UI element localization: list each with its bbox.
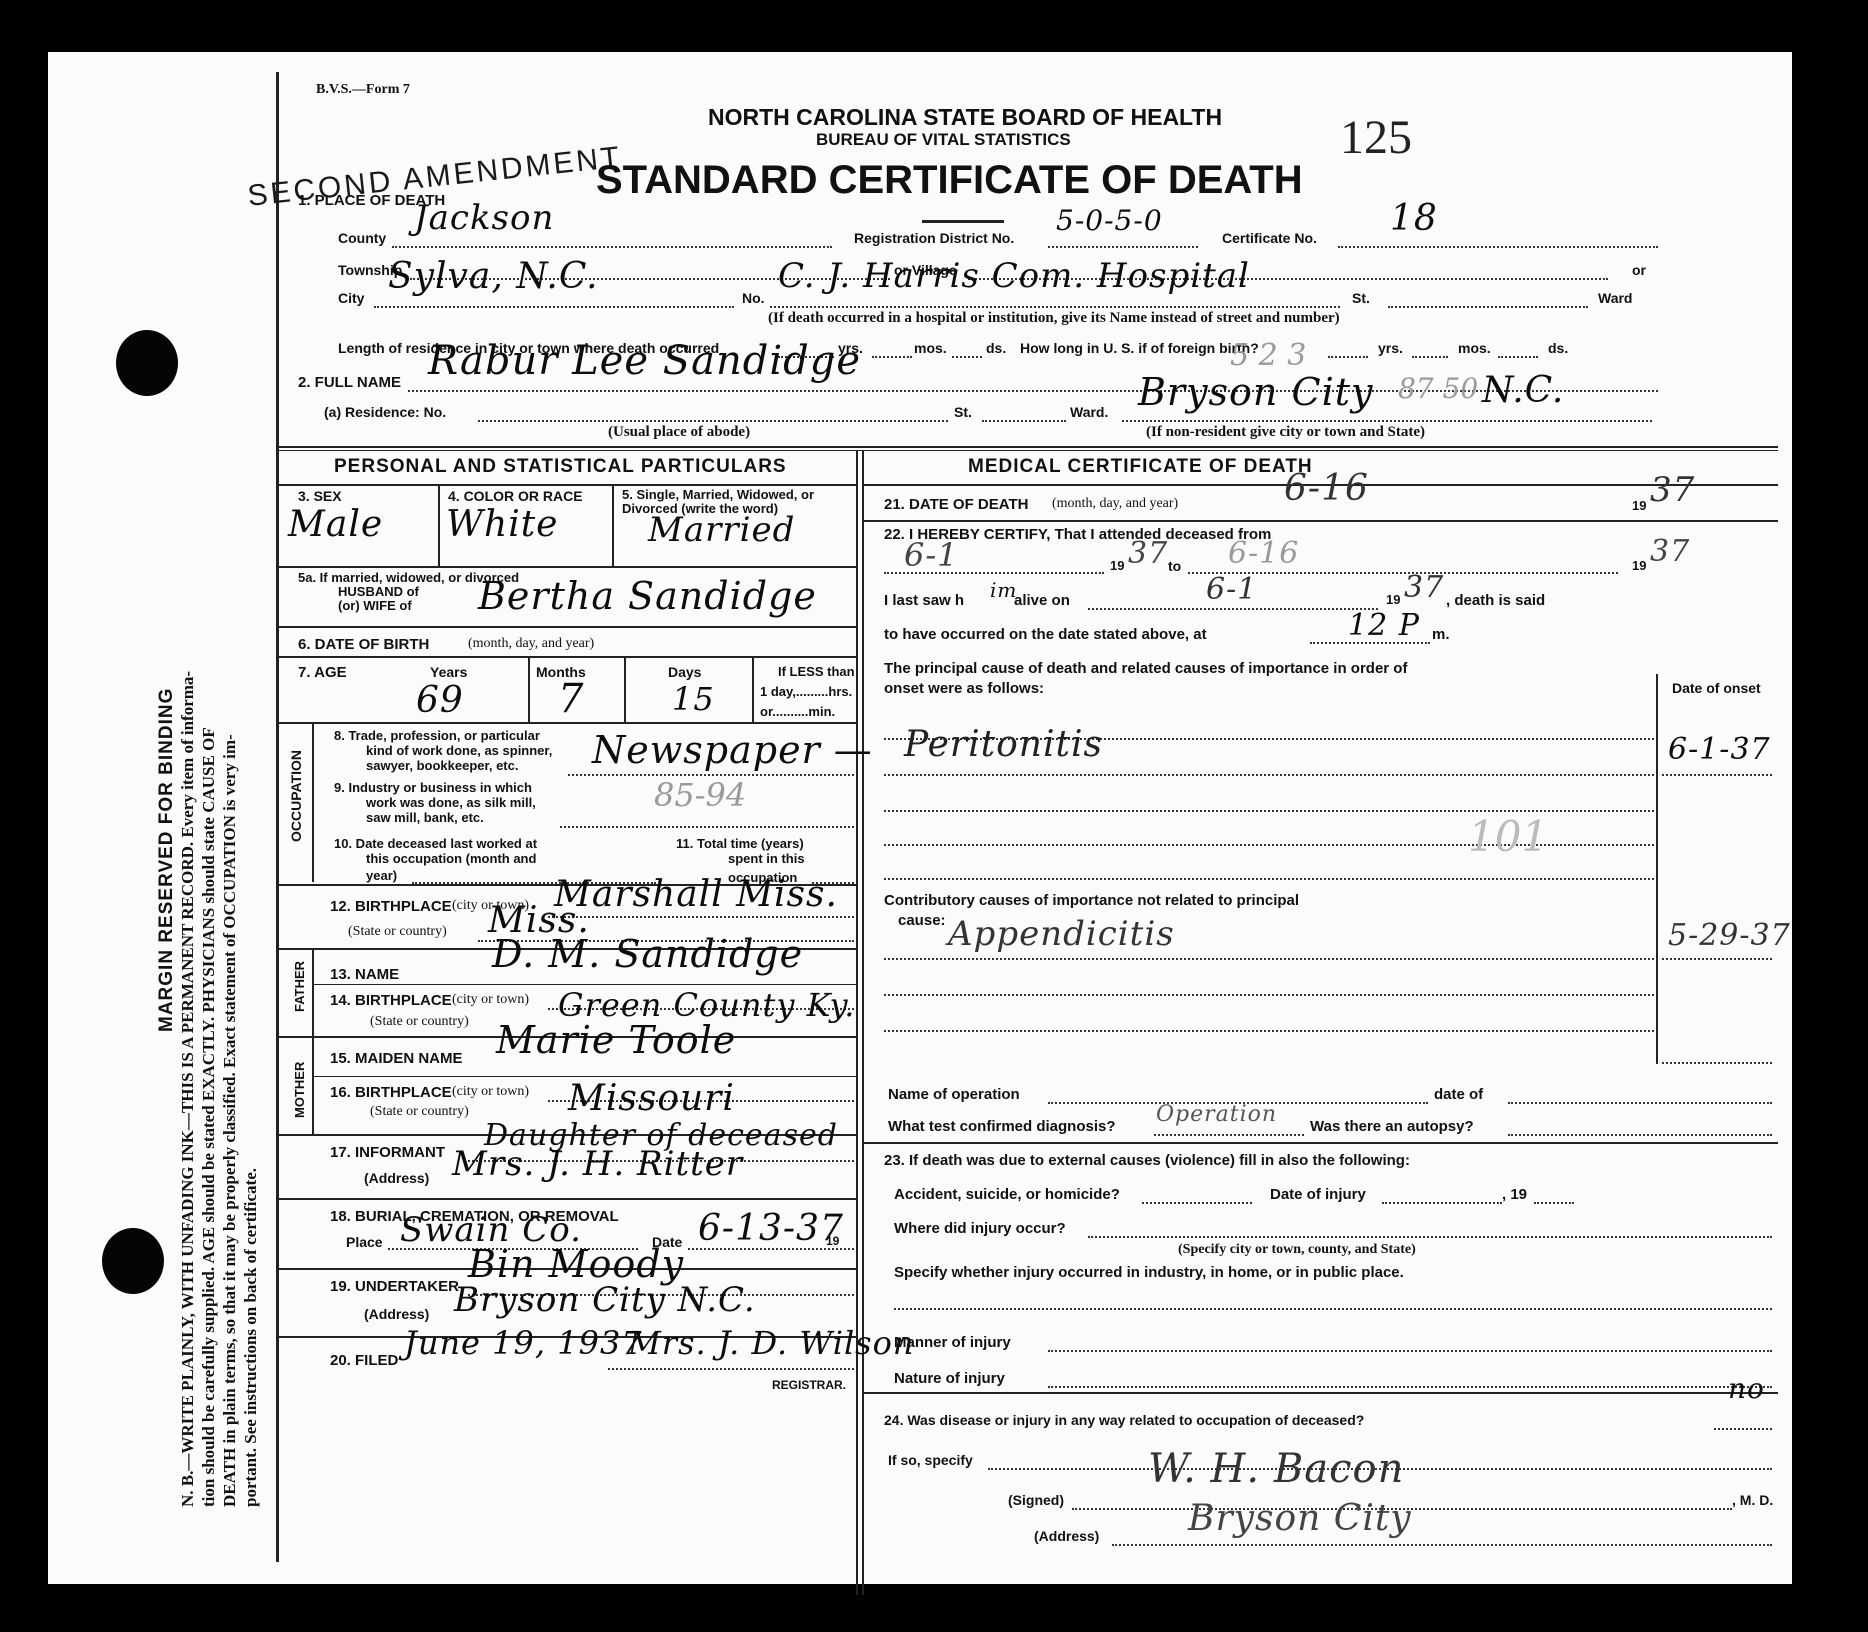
margin-instructions-line2: tion should be carefully supplied. AGE s… [199,727,219,1507]
last-saw-19: 19 [1386,592,1400,607]
foreign-ds-label: ds. [1548,340,1568,356]
last-saw-year: 37 [1404,570,1444,605]
where-injury-label: Where did injury occur? [894,1220,1066,1237]
cause-line-2[interactable] [884,774,1654,776]
undertaker-address-label: (Address) [364,1306,429,1322]
margin-instructions-line3: DEATH in plain terms, so that it may be … [220,734,240,1507]
marital-status-value: Married [648,510,795,550]
burial-place-label: Place [346,1234,383,1250]
non-resident-note: (If non-resident give city or town and S… [1146,424,1425,441]
age-months-value: 7 [558,676,584,722]
race-value: White [446,504,558,545]
sex-label: 3. SEX [298,488,342,504]
medical-section-header: MEDICAL CERTIFICATE OF DEATH [968,456,1313,478]
principal-onset-value: 6-1-37 [1668,732,1771,767]
institution-note: (If death occurred in a hospital or inst… [768,310,1340,327]
attended-to-19: 19 [1632,558,1646,573]
industry-pencil-note: 85-94 [654,776,746,814]
row-rule-15 [312,1076,856,1077]
attended-to-year: 37 [1650,534,1690,569]
father-city-hint: (city or town) [452,992,529,1008]
cause-line-5[interactable] [884,878,1654,880]
attended-to-label: to [1168,558,1181,574]
residence-days-line[interactable] [952,356,982,358]
county-label: County [338,230,386,246]
dob-label: 6. DATE OF BIRTH [298,636,429,653]
title-underline [922,220,1004,223]
death-said-label: , death is said [1446,592,1545,609]
race-marital-divider [612,484,614,566]
age-years-label: Years [430,664,467,680]
spouse-label-3: (or) WIFE of [338,598,412,613]
less-than-label-3: or..........min. [760,704,835,719]
filed-label: 20. FILED [330,1352,398,1369]
time-of-death-value: 12 P [1348,608,1420,643]
test-confirmed-line[interactable] [1154,1134,1304,1136]
personal-header-rule [278,484,856,486]
classification-code-pencil: 101 [1468,812,1548,861]
q24-label: 24. Was disease or injury in any way rel… [884,1412,1364,1428]
age-days-value: 15 [672,680,715,718]
city-value: Sylva, N.C. [388,256,599,297]
death-certificate-page: MARGIN RESERVED FOR BINDING N. B.—WRITE … [48,52,1792,1584]
manner-of-injury-label: Manner of injury [894,1334,1011,1351]
father-name-value: D. M. Sandidge [492,932,803,976]
trade-label-3: sawyer, bookkeeper, etc. [366,758,518,773]
usual-abode-note: (Usual place of abode) [608,424,750,441]
residence-ward-label: Ward. [1070,404,1108,420]
injury-year-line[interactable] [1534,1202,1574,1204]
industry-label-2: work was done, as silk mill, [366,795,536,810]
birthplace-state-hint: (State or country) [348,924,447,940]
county-field-line[interactable] [392,246,832,248]
mother-inner-divider [312,1036,314,1134]
race-label: 4. COLOR OR RACE [448,488,583,504]
where-injury-line[interactable] [1088,1236,1772,1238]
foreign-yrs-label: yrs. [1378,340,1403,356]
section-divider-top-2 [278,450,1778,451]
agency-name: NORTH CAROLINA STATE BOARD OF HEALTH [708,104,1222,131]
physician-address-line[interactable] [1112,1544,1772,1546]
last-saw-date-line[interactable] [1088,608,1378,610]
contributory-line-2[interactable] [884,994,1654,996]
ward-label: Ward [1598,290,1632,306]
cause-intro-1: The principal cause of death and related… [884,660,1407,677]
occurred-label: to have occurred on the date stated abov… [884,626,1207,643]
contributory-label-1: Contributory causes of importance not re… [884,892,1299,909]
column-divider-2 [862,450,864,1595]
or-label: or [1632,262,1646,278]
total-time-label-2: spent in this [728,851,805,866]
principal-cause-value: Peritonitis [904,724,1103,765]
registration-district-value: 5-0-5-0 [1056,204,1163,237]
margin-instructions-line1: N. B.—WRITE PLAINLY, WITH UNFADING INK—T… [178,671,198,1507]
row-rule-3 [278,566,856,568]
residence-ward-line[interactable] [1122,420,1652,422]
age-days-divider [752,656,754,722]
last-worked-label-3: year) [366,868,397,883]
mother-vertical-label: MOTHER [292,1062,307,1118]
city-field-line[interactable] [374,306,734,308]
date-of-death-label: 21. DATE OF DEATH [884,496,1028,513]
form-id: B.V.S.—Form 7 [316,82,410,98]
informant-label: 17. INFORMANT [330,1144,445,1161]
undertaker-label: 19. UNDERTAKER [330,1278,459,1295]
test-confirmed-label: What test confirmed diagnosis? [888,1118,1116,1135]
occupation-inner-divider [312,722,314,882]
industry-label-1: 9. Industry or business in which [334,780,532,795]
burial-year-prefix: 19 [826,1234,839,1248]
where-injury-hint: (Specify city or town, county, and State… [1178,1242,1416,1258]
last-worked-label-2: this occupation (month and [366,851,536,866]
burial-date-value: 6-13-37 [698,1208,844,1249]
total-time-label-1: 11. Total time (years) [676,836,804,851]
foreign-months-line[interactable] [1412,356,1448,358]
autopsy-label: Was there an autopsy? [1310,1118,1474,1135]
residence-mos-label: mos. [914,340,947,356]
q24-answer-line[interactable] [1714,1428,1772,1430]
date-of-onset-header: Date of onset [1672,680,1761,696]
physician-signature: W. H. Bacon [1148,1446,1404,1492]
date-of-death-19: 19 [1632,498,1646,513]
last-saw-label: I last saw h [884,592,964,609]
certificate-number-label: Certificate No. [1222,230,1317,246]
residence-st-line[interactable] [982,420,1066,422]
sex-value: Male [288,504,383,545]
institution-value: C. J. Harris Com. Hospital [778,256,1250,296]
birthplace-city-value: Marshall Miss. [554,874,838,915]
trade-value: Newspaper — [592,728,873,772]
external-causes-label: 23. If death was due to external causes … [884,1152,1410,1169]
row-rule-6 [278,656,856,658]
if-so-specify-label: If so, specify [888,1452,973,1468]
signed-label: (Signed) [1008,1492,1064,1508]
contributory-onset-value: 5-29-37 [1668,918,1791,953]
foreign-years-line[interactable] [1328,356,1368,358]
column-divider [856,450,858,1595]
mother-birthplace-value: Missouri [568,1078,735,1119]
contributory-line-1[interactable] [884,958,1654,960]
attended-from-year: 37 [1128,536,1168,571]
less-than-label-2: 1 day,.........hrs. [760,684,852,699]
mother-birthplace-label: 16. BIRTHPLACE [330,1084,452,1101]
father-birthplace-label: 14. BIRTHPLACE [330,992,452,1009]
onset-column-divider [1656,674,1658,1064]
foreign-birth-label: How long in U. S. if of foreign birth? [1020,340,1259,356]
residence-state-value: N.C. [1482,370,1564,411]
city-label: City [338,290,364,306]
onset-line-1[interactable] [1662,774,1772,776]
father-name-label: 13. NAME [330,966,399,983]
age-months-divider [624,656,626,722]
bureau-name: BUREAU OF VITAL STATISTICS [816,130,1071,150]
ward-field-line[interactable] [1388,306,1588,308]
binding-hole-top [116,330,178,396]
street-label: St. [1352,290,1370,306]
residence-label: (a) Residence: No. [324,404,446,420]
foreign-mos-label: mos. [1458,340,1491,356]
residence-pencil-note: 87 50 [1398,372,1478,405]
specify-place-line[interactable] [894,1308,1772,1310]
date-of-death-year: 37 [1650,470,1695,510]
street-number-field-line[interactable] [770,306,1340,308]
time-m-label: m. [1432,626,1450,643]
md-label: , M. D. [1732,1492,1773,1508]
section-divider-top-1 [278,446,1778,448]
injury-date-line[interactable] [1382,1202,1502,1204]
county-value: Jackson [414,198,554,238]
row-rule-5a [278,626,856,628]
registration-district-label: Registration District No. [854,230,1014,246]
spouse-value: Bertha Sandidge [478,574,817,618]
injury-date-label: Date of injury [1270,1186,1366,1203]
occupation-vertical-label: OCCUPATION [288,750,304,842]
trade-label-2: kind of work done, as spinner, [366,743,552,758]
autopsy-line[interactable] [1508,1134,1772,1136]
registrar-value: Mrs. J. D. Wilson [628,1324,914,1362]
age-days-label: Days [668,664,701,680]
filed-date-value: June 19, 1937 [404,1324,643,1362]
manner-of-injury-line[interactable] [1048,1350,1772,1352]
row-rule-13 [312,984,856,985]
industry-field-line[interactable] [560,826,854,828]
q24-answer-value: no [1728,1372,1765,1405]
residence-number-line[interactable] [478,420,948,422]
certificate-number-value: 18 [1390,198,1438,239]
row-rule-21 [864,520,1778,522]
less-than-label-1: If LESS than [778,664,855,679]
physician-address-value: Bryson City [1188,1498,1412,1539]
mother-city-hint: (city or town) [452,1084,529,1100]
specify-place-label: Specify whether injury occurred in indus… [894,1264,1404,1281]
last-worked-label-1: 10. Date deceased last worked at [334,836,537,851]
page-number: 125 [1340,110,1412,165]
accident-line[interactable] [1142,1202,1252,1204]
certificate-title: STANDARD CERTIFICATE OF DEATH [596,158,1303,203]
residence-ds-label: ds. [986,340,1006,356]
residence-st-label: St. [954,404,972,420]
trade-label-1: 8. Trade, profession, or particular [334,728,540,743]
registration-district-field-line[interactable] [1048,246,1198,248]
full-name-pencil-note: 5 2 3 [1230,338,1306,373]
binding-hole-bottom [102,1228,164,1294]
registrar-field-line[interactable] [608,1368,854,1370]
row-rule-17 [278,1198,856,1200]
informant-address-value: Mrs. J. H. Ritter [452,1144,743,1184]
informant-address-label: (Address) [364,1170,429,1186]
cause-intro-2: onset were as follows: [884,680,1044,697]
full-name-value: Rabur Lee Sandidge [428,338,861,384]
row-rule-23 [864,1392,1778,1394]
age-label: 7. AGE [298,664,347,681]
residence-months-line[interactable] [872,356,912,358]
accident-label: Accident, suicide, or homicide? [894,1186,1120,1203]
attended-from-19: 19 [1110,558,1124,573]
industry-label-3: saw mill, bank, etc. [366,810,484,825]
contributory-cause-value: Appendicitis [948,914,1175,954]
father-vertical-label: FATHER [292,961,307,1012]
test-confirmed-value: Operation [1156,1102,1277,1127]
personal-section-header: PERSONAL AND STATISTICAL PARTICULARS [334,456,787,478]
nature-of-injury-label: Nature of injury [894,1370,1005,1387]
contributory-label-2: cause: [898,912,946,929]
row-rule-7 [278,722,856,724]
margin-binding-label: MARGIN RESERVED FOR BINDING [156,688,178,1032]
dob-hint: (month, day, and year) [468,636,594,652]
undertaker-address-value: Bryson City N.C. [454,1280,756,1320]
birthplace-label: 12. BIRTHPLACE [330,898,452,915]
margin-instructions-line4: portant. See instructions on back of cer… [241,1168,261,1507]
registrar-label: REGISTRAR. [772,1378,846,1392]
foreign-days-line[interactable] [1498,356,1538,358]
attended-from-value: 6-1 [904,536,959,574]
form-left-border [276,72,279,1562]
father-state-hint: (State or country) [370,1014,469,1030]
age-years-value: 69 [416,680,464,721]
residence-city-value: Bryson City [1138,370,1373,414]
father-inner-divider [312,948,314,1036]
operation-label: Name of operation [888,1086,1020,1103]
operation-date-label: date of [1434,1086,1483,1103]
row-rule-22 [864,1142,1778,1144]
last-saw-date-value: 6-1 [1206,572,1257,607]
full-name-label: 2. FULL NAME [298,374,401,391]
nature-of-injury-line[interactable] [1048,1386,1772,1388]
physician-address-label: (Address) [1034,1528,1099,1544]
onset-line-2[interactable] [1662,958,1772,960]
spouse-label-2: HUSBAND of [338,584,419,599]
mother-maiden-name-value: Marie Toole [496,1018,736,1062]
injury-year-label: , 19 [1502,1186,1527,1203]
sex-race-divider [438,484,440,566]
mother-maiden-name-label: 15. MAIDEN NAME [330,1050,463,1067]
date-of-death-value: 6-16 [1284,468,1369,509]
date-of-death-hint: (month, day, and year) [1052,496,1178,512]
street-number-label: No. [742,290,765,306]
operation-date-line[interactable] [1508,1102,1772,1104]
mother-state-hint: (State or country) [370,1104,469,1120]
certificate-number-field-line[interactable] [1338,246,1658,248]
contributory-line-3[interactable] [884,1030,1654,1032]
birthplace-city-line[interactable] [548,916,854,918]
age-years-divider [528,656,530,722]
attended-to-value: 6-16 [1228,536,1299,571]
alive-on-label: alive on [1014,592,1070,609]
onset-line-3[interactable] [1662,1062,1772,1064]
